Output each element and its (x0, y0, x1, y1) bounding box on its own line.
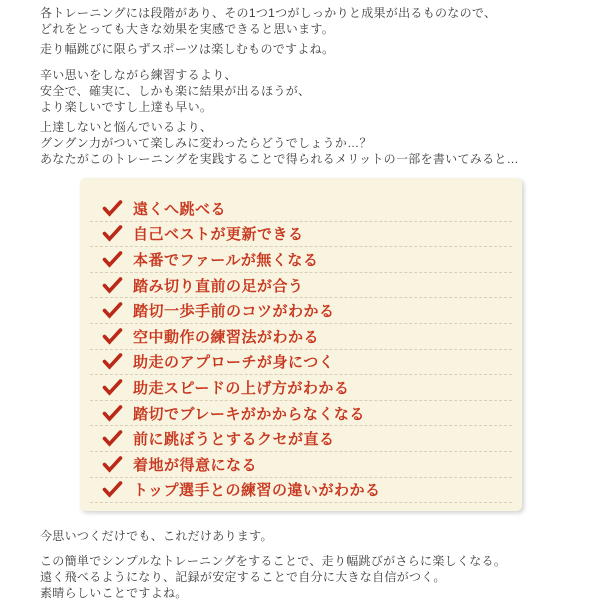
benefit-item: 空中動作の練習法がわかる (90, 324, 512, 350)
intro-paragraph-1: 各トレーニングには段階があり、その1つ1つがしっかりと成果が出るものなので、 ど… (40, 5, 576, 37)
checkmark-icon (102, 353, 123, 370)
checkmark-icon (102, 405, 123, 422)
intro-line: 安全で、確実に、しかも楽に結果が出るほうが、 (40, 83, 576, 99)
benefit-label: 遠くへ跳べる (133, 198, 226, 219)
checkmark-icon (102, 328, 123, 345)
benefit-label: トップ選手との練習の違いがわかる (133, 479, 381, 500)
checkmark-icon (102, 456, 123, 473)
checkmark-icon (102, 277, 123, 294)
benefit-label: 踏み切り直前の足が合う (133, 275, 304, 296)
benefit-item: 自己ベストが更新できる (90, 222, 512, 248)
checkmark-icon (102, 430, 123, 447)
outro-line: 遠く飛べるようになり、記録が安定することで自分に大きな自信がつく。 (40, 569, 576, 585)
intro-line: どれをとっても大きな効果を実感できると思います。 (40, 21, 576, 37)
intro-paragraph-2: 走り幅跳びに限らずスポーツは楽しむものですよね。 (40, 41, 576, 57)
outro-paragraph-2: この簡単でシンプルなトレーニングをすることで、走り幅跳びがさらに楽しくなる。 遠… (40, 553, 576, 600)
benefit-label: 助走のアプローチが身につく (133, 351, 334, 372)
benefit-item: トップ選手との練習の違いがわかる (90, 478, 512, 504)
checkmark-icon (102, 200, 123, 217)
benefit-label: 自己ベストが更新できる (133, 223, 304, 244)
checkmark-icon (102, 251, 123, 268)
benefit-item: 助走のアプローチが身につく (90, 350, 512, 376)
intro-line: 走り幅跳びに限らずスポーツは楽しむものですよね。 (40, 41, 576, 57)
intro-line: より楽しいですし上達も早い。 (40, 99, 576, 115)
checkmark-icon (102, 379, 123, 396)
outro-line: 素晴らしいことですよね。 (40, 585, 576, 600)
benefit-label: 本番でファールが無くなる (133, 249, 318, 270)
sales-page: 各トレーニングには段階があり、その1つ1つがしっかりと成果が出るものなので、 ど… (0, 0, 600, 600)
intro-paragraph-3: 辛い思いをしながら練習するより、 安全で、確実に、しかも楽に結果が出るほうが、 … (40, 67, 576, 115)
checkmark-icon (102, 481, 123, 498)
benefit-label: 着地が得意になる (133, 454, 257, 475)
intro-line: グングン力がついて楽しみに変わったらどうでしょうか…？ (40, 135, 576, 151)
benefit-label: 踏切一歩手前のコツがわかる (133, 300, 335, 321)
intro-line: あなたがこのトレーニングを実践することで得られるメリットの一部を書いてみると… (40, 151, 576, 167)
benefit-item: 着地が得意になる (90, 452, 512, 478)
benefit-label: 前に跳ぼうとするクセが直る (133, 428, 335, 449)
benefit-item: 本番でファールが無くなる (90, 247, 512, 273)
outro-paragraph-1: 今思いつくだけでも、これだけあります。 (40, 528, 576, 544)
intro-line: 各トレーニングには段階があり、その1つ1つがしっかりと成果が出るものなので、 (40, 5, 576, 21)
benefit-item: 遠くへ跳べる (90, 196, 512, 222)
benefit-label: 踏切でブレーキがかからなくなる (133, 403, 365, 424)
checkmark-icon (102, 302, 123, 319)
intro-line: 辛い思いをしながら練習するより、 (40, 67, 576, 83)
benefit-label: 空中動作の練習法がわかる (133, 326, 319, 347)
benefit-item: 踏み切り直前の足が合う (90, 273, 512, 299)
benefits-box: 遠くへ跳べる 自己ベストが更新できる 本番でファールが無くなる 踏み切り直前の足… (80, 178, 522, 511)
benefit-label: 助走スピードの上げ方がわかる (133, 377, 349, 398)
intro-line: 上達しないと悩んでいるより、 (40, 119, 576, 135)
checkmark-icon (102, 225, 123, 242)
outro-line: 今思いつくだけでも、これだけあります。 (40, 528, 576, 544)
intro-paragraph-4: 上達しないと悩んでいるより、 グングン力がついて楽しみに変わったらどうでしょうか… (40, 119, 576, 167)
benefit-item: 助走スピードの上げ方がわかる (90, 375, 512, 401)
benefit-item: 踏切一歩手前のコツがわかる (90, 298, 512, 324)
benefit-item: 踏切でブレーキがかからなくなる (90, 401, 512, 427)
outro-line: この簡単でシンプルなトレーニングをすることで、走り幅跳びがさらに楽しくなる。 (40, 553, 576, 569)
benefit-item: 前に跳ぼうとするクセが直る (90, 426, 512, 452)
